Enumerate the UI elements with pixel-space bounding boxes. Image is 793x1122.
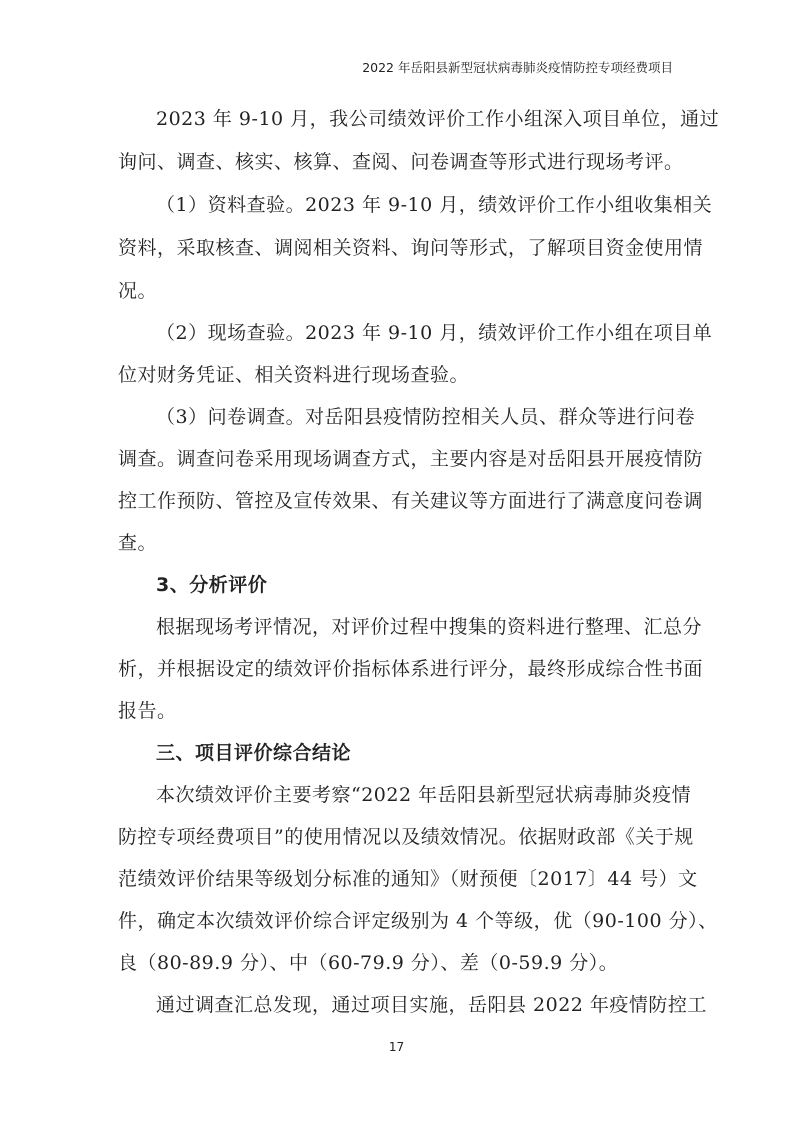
paragraph-line: 询问、调查、核实、核算、查阅、问卷调查等形式进行现场考评。 — [118, 147, 684, 174]
paragraph-line: （3）问卷调查。对岳阳县疫情防控相关人员、群众等进行问卷 — [156, 402, 695, 429]
page-number: 17 — [0, 1040, 793, 1054]
paragraph-line: （1）资料查验。2023 年 9-10 月，绩效评价工作小组收集相关 — [156, 190, 712, 217]
paragraph-line: 调查。调查问卷采用现场调查方式，主要内容是对岳阳县开展疫情防 — [118, 444, 703, 471]
paragraph-line: 根据现场考评情况，对评价过程中搜集的资料进行整理、汇总分 — [156, 612, 702, 639]
paragraph-line: 查。 — [118, 528, 157, 555]
running-header: 2022 年岳阳县新型冠状病毒肺炎疫情防控专项经费项目 — [362, 58, 673, 76]
paragraph-line: 范绩效评价结果等级划分标准的通知》（财预便〔2017〕44 号）文 — [118, 864, 698, 891]
section-heading: 三、项目评价综合结论 — [156, 738, 351, 765]
paragraph-line: 位对财务凭证、相关资料进行现场查验。 — [118, 360, 469, 387]
paragraph-line: 良（80-89.9 分）、中（60-79.9 分）、差（0-59.9 分）。 — [118, 948, 618, 975]
paragraph-line: 防控专项经费项目”的使用情况以及绩效情况。依据财政部《关于规 — [118, 822, 694, 849]
paragraph-line: 件，确定本次绩效评价综合评定级别为 4 个等级，优（90-100 分）、 — [118, 906, 718, 933]
paragraph-line: 2023 年 9-10 月，我公司绩效评价工作小组深入项目单位，通过 — [156, 104, 719, 131]
paragraph-line: 资料，采取核查、调阅相关资料、询问等形式，了解项目资金使用情 — [118, 233, 703, 260]
paragraph-line: 况。 — [118, 276, 157, 303]
paragraph-line: （2）现场查验。2023 年 9-10 月，绩效评价工作小组在项目单 — [156, 318, 712, 345]
document-page: 2022 年岳阳县新型冠状病毒肺炎疫情防控专项经费项目 2023 年 9-10 … — [0, 0, 793, 1122]
paragraph-line: 本次绩效评价主要考察“2022 年岳阳县新型冠状病毒肺炎疫情 — [156, 780, 691, 807]
paragraph-line: 控工作预防、管控及宣传效果、有关建议等方面进行了满意度问卷调 — [118, 486, 703, 513]
paragraph-line: 报告。 — [118, 696, 177, 723]
paragraph-line: 析，并根据设定的绩效评价指标体系进行评分，最终形成综合性书面 — [118, 654, 703, 681]
paragraph-line: 通过调查汇总发现，通过项目实施，岳阳县 2022 年疫情防控工 — [156, 990, 707, 1017]
section-heading: 3、分析评价 — [156, 570, 267, 597]
